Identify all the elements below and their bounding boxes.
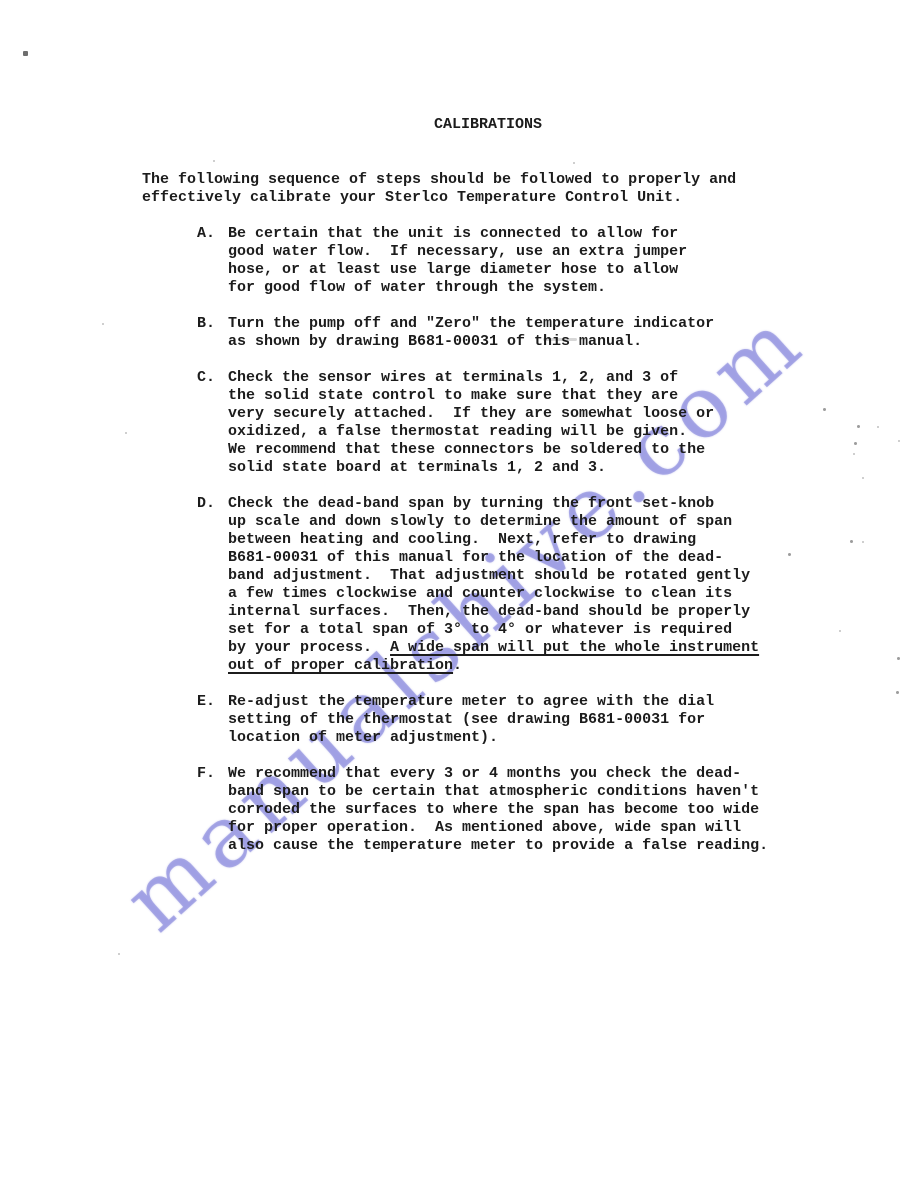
- item-letter: D.: [197, 495, 228, 675]
- list-item-f: F. We recommend that every 3 or 4 months…: [142, 765, 822, 855]
- document-body: The following sequence of steps should b…: [142, 171, 822, 855]
- scan-speck: [896, 691, 899, 694]
- item-text-segment: .: [453, 657, 462, 674]
- scan-speck: [573, 162, 575, 164]
- scan-speck: [839, 630, 841, 632]
- scan-speck: [877, 426, 879, 428]
- item-text: Re-adjust the temperature meter to agree…: [228, 693, 813, 747]
- scan-speck: [102, 323, 104, 325]
- item-letter: A.: [197, 225, 228, 297]
- list-item-c: C. Check the sensor wires at terminals 1…: [142, 369, 822, 477]
- page-title: CALIBRATIONS: [434, 116, 542, 134]
- item-text-segment: Check the dead-band span by turning the …: [228, 495, 750, 656]
- scan-speck: [125, 432, 127, 434]
- item-letter: B.: [197, 315, 228, 351]
- list-item-a: A. Be certain that the unit is connected…: [142, 225, 822, 297]
- scan-speck: [213, 160, 215, 162]
- item-letter: E.: [197, 693, 228, 747]
- list-item-b: B. Turn the pump off and "Zero" the temp…: [142, 315, 822, 351]
- scanned-manual-page: manualshive.com CALIBRATIONS The followi…: [0, 0, 918, 1188]
- scan-speck: [862, 477, 864, 479]
- list-item-e: E. Re-adjust the temperature meter to ag…: [142, 693, 822, 747]
- item-text: Check the sensor wires at terminals 1, 2…: [228, 369, 813, 477]
- scan-speck: [850, 540, 853, 543]
- item-letter: F.: [197, 765, 228, 855]
- scan-speck: [857, 425, 860, 428]
- item-letter: C.: [197, 369, 228, 477]
- scan-speck: [854, 442, 857, 445]
- item-text: Turn the pump off and "Zero" the tempera…: [228, 315, 813, 351]
- scan-speck: [823, 408, 826, 411]
- item-text: Check the dead-band span by turning the …: [228, 495, 813, 675]
- scan-speck: [23, 51, 28, 56]
- scan-speck: [862, 541, 864, 543]
- list-item-d: D. Check the dead-band span by turning t…: [142, 495, 822, 675]
- scan-speck: [118, 953, 120, 955]
- scan-speck: [853, 453, 855, 455]
- item-text: We recommend that every 3 or 4 months yo…: [228, 765, 813, 855]
- scan-speck: [897, 657, 900, 660]
- intro-paragraph: The following sequence of steps should b…: [142, 171, 822, 207]
- item-text: Be certain that the unit is connected to…: [228, 225, 813, 297]
- scan-speck: [898, 440, 900, 442]
